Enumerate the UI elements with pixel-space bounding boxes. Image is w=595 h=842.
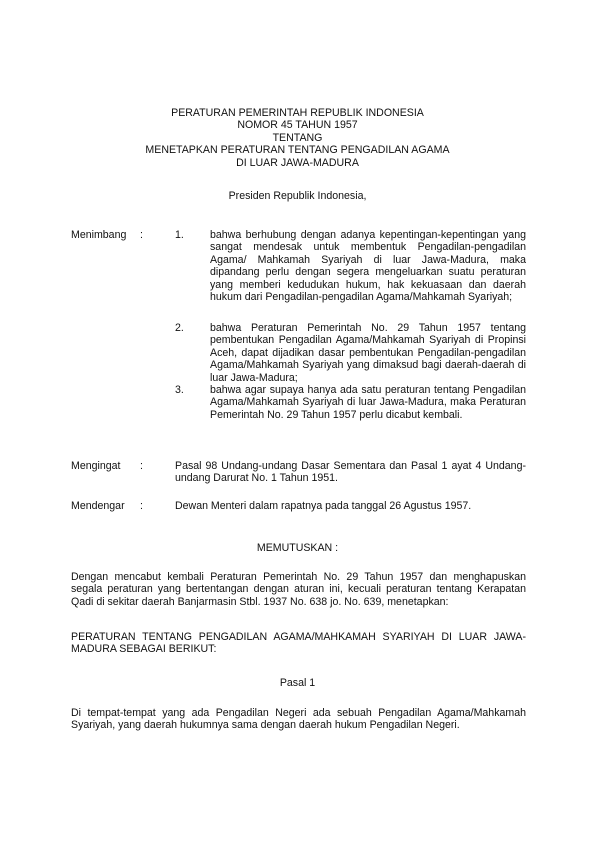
- document-page: PERATURAN PEMERINTAH REPUBLIK INDONESIA …: [0, 0, 595, 842]
- presiden-line: Presiden Republik Indonesia,: [0, 190, 595, 202]
- colon: :: [140, 500, 143, 512]
- menimbang-item-3: bahwa agar supaya hanya ada satu peratur…: [210, 384, 526, 421]
- item-number: 1.: [175, 229, 184, 241]
- mengingat-label: Mengingat: [71, 460, 120, 472]
- memutuskan-heading: MEMUTUSKAN :: [0, 542, 595, 554]
- item-number: 2.: [175, 322, 184, 334]
- title-line: TENTANG: [0, 132, 595, 144]
- title-line: DI LUAR JAWA-MADURA: [0, 157, 595, 169]
- title-line: MENETAPKAN PERATURAN TENTANG PENGADILAN …: [0, 144, 595, 156]
- document-title: PERATURAN PEMERINTAH REPUBLIK INDONESIA …: [0, 107, 595, 169]
- menimbang-label: Menimbang: [71, 229, 126, 241]
- pasal-1-text: Di tempat-tempat yang ada Pengadilan Neg…: [71, 707, 526, 732]
- pasal-1-heading: Pasal 1: [0, 677, 595, 689]
- colon: :: [140, 229, 143, 241]
- mendengar-label: Mendengar: [71, 500, 125, 512]
- title-line: PERATURAN PEMERINTAH REPUBLIK INDONESIA: [0, 107, 595, 119]
- pembukaan-paragraph: Dengan mencabut kembali Peraturan Pemeri…: [71, 571, 526, 608]
- menimbang-item-1: bahwa berhubung dengan adanya kepentinga…: [210, 229, 526, 303]
- title-line: NOMOR 45 TAHUN 1957: [0, 119, 595, 131]
- mendengar-text: Dewan Menteri dalam rapatnya pada tangga…: [175, 500, 526, 512]
- judul-peraturan: PERATURAN TENTANG PENGADILAN AGAMA/MAHKA…: [71, 631, 526, 656]
- item-number: 3.: [175, 384, 184, 396]
- menimbang-item-2: bahwa Peraturan Pemerintah No. 29 Tahun …: [210, 322, 526, 384]
- mengingat-text: Pasal 98 Undang-undang Dasar Sementara d…: [175, 460, 526, 485]
- colon: :: [140, 460, 143, 472]
